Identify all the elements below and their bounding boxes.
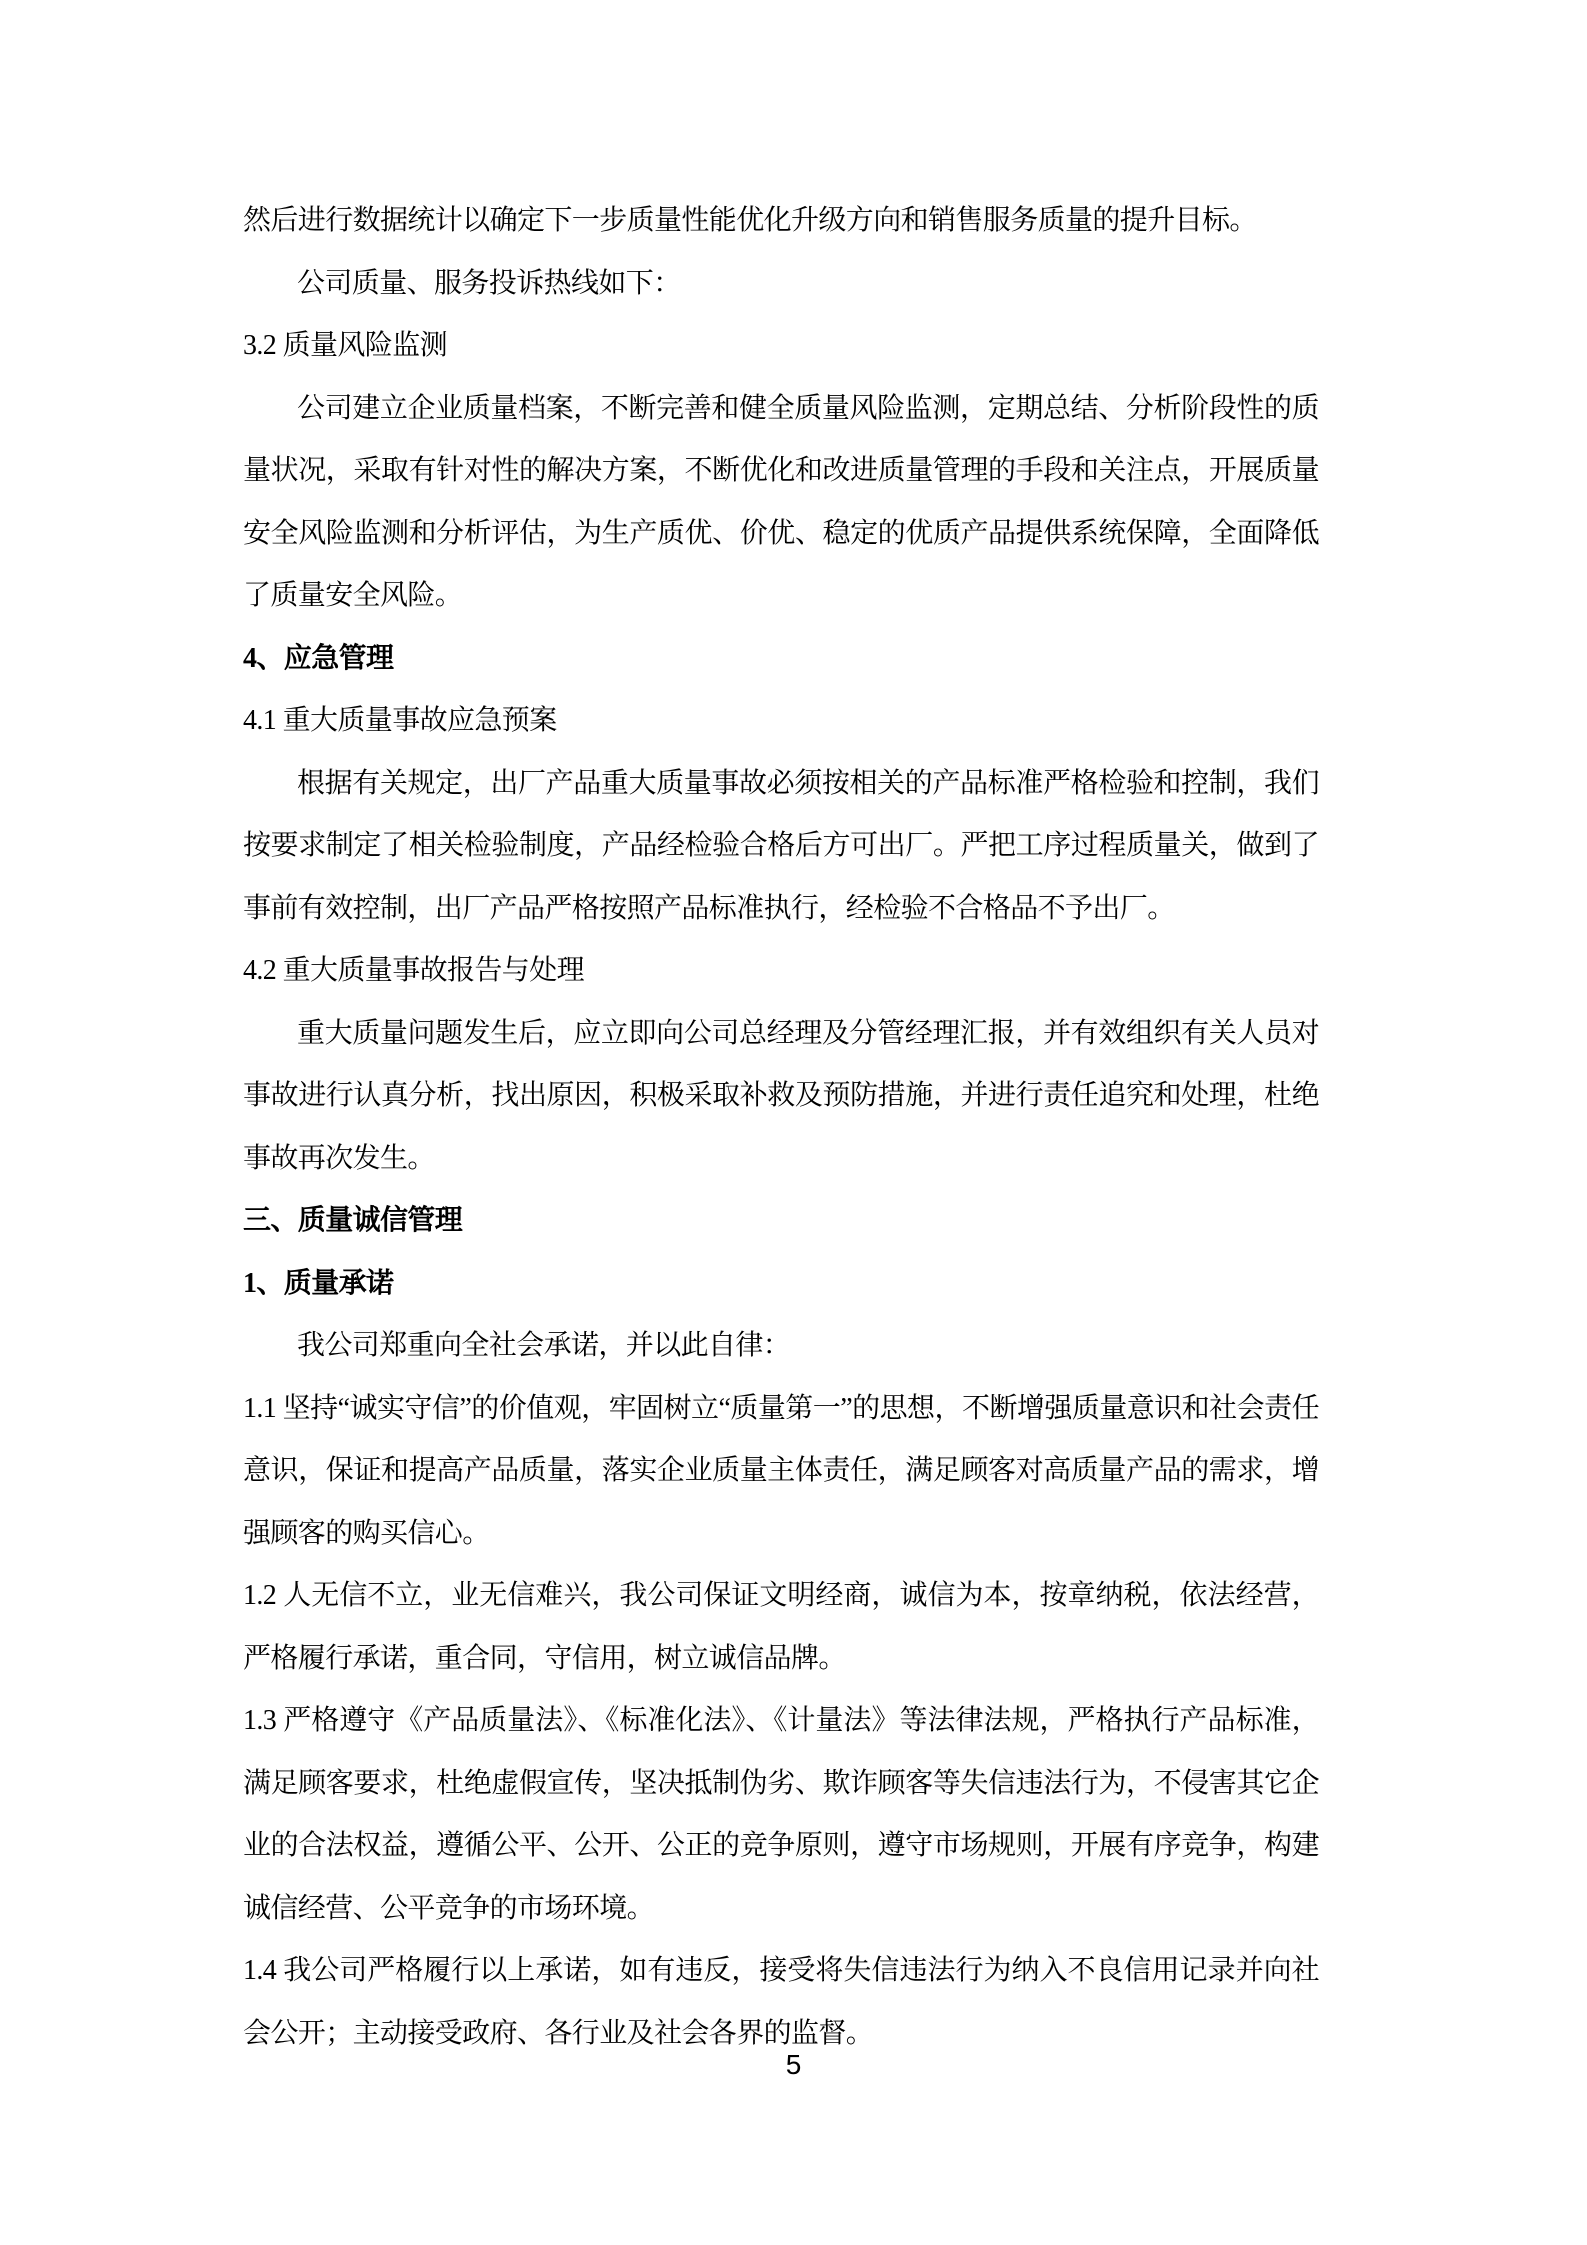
heading-4-2-accident-report-handling: 4.2 重大质量事故报告与处理 [243,940,1319,1003]
para-quality-archive: 公司建立企业质量档案，不断完善和健全质量风险监测，定期总结、分析阶段性的质量状况… [243,378,1319,628]
para-inspection-system: 根据有关规定，出厂产品重大质量事故必须按相关的产品标准严格检验和控制，我们按要求… [243,753,1319,941]
document-page: 然后进行数据统计以确定下一步质量性能优化升级方向和销售服务质量的提升目标。 公司… [0,0,1587,2245]
para-commitment-1-3: 1.3 严格遵守《产品质量法》、《标准化法》、《计量法》等法律法规，严格执行产品… [243,1690,1319,1940]
heading-3-2-quality-risk-monitoring: 3.2 质量风险监测 [243,315,1319,378]
heading-3-quality-integrity-management: 三、质量诚信管理 [243,1190,1319,1253]
page-number: 5 [786,2049,802,2080]
heading-4-emergency-management: 4、应急管理 [243,628,1319,691]
para-commitment-intro: 我公司郑重向全社会承诺，并以此自律： [243,1315,1319,1378]
para-accident-response: 重大质量问题发生后，应立即向公司总经理及分管经理汇报，并有效组织有关人员对事故进… [243,1003,1319,1191]
para-commitment-1-2: 1.2 人无信不立，业无信难兴，我公司保证文明经商，诚信为本，按章纳税，依法经营… [243,1565,1319,1690]
para-commitment-1-1: 1.1 坚持“诚实守信”的价值观，牢固树立“质量第一”的思想，不断增强质量意识和… [243,1378,1319,1566]
para-commitment-1-4: 1.4 我公司严格履行以上承诺，如有违反，接受将失信违法行为纳入不良信用记录并向… [243,1940,1319,2065]
document-body: 然后进行数据统计以确定下一步质量性能优化升级方向和销售服务质量的提升目标。 公司… [243,190,1319,2065]
para-data-statistics-continuation: 然后进行数据统计以确定下一步质量性能优化升级方向和销售服务质量的提升目标。 [243,190,1319,253]
heading-1-quality-commitment: 1、质量承诺 [243,1253,1319,1316]
para-complaint-hotline: 公司质量、服务投诉热线如下： [243,253,1319,316]
heading-4-1-major-accident-plan: 4.1 重大质量事故应急预案 [243,690,1319,753]
page-footer: 5 [0,2048,1587,2082]
